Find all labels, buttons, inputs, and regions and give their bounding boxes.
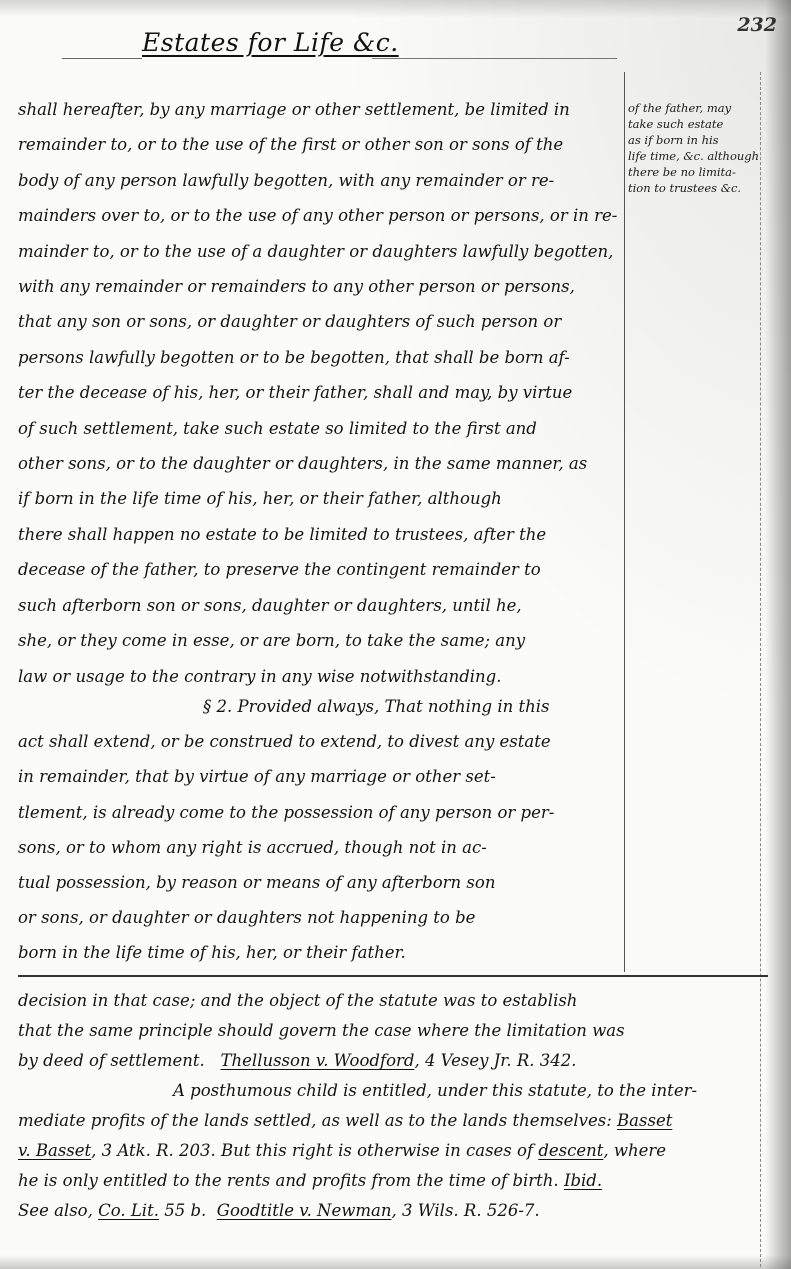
title-rule-right [372, 58, 617, 59]
text-line: persons lawfully begotten or to be begot… [18, 340, 618, 375]
page-bottom-shadow [0, 1255, 791, 1269]
margin-note-line: of the father, may [628, 100, 753, 116]
margin-note-line: take such estate [628, 116, 753, 132]
page-top-shadow [0, 0, 791, 18]
text-line: act shall extend, or be construed to ext… [18, 724, 618, 759]
title-rule-left [62, 58, 142, 59]
text-line: decision in that case; and the object of… [18, 986, 758, 1016]
paragraph-start-line: A posthumous child is entitled, under th… [18, 1076, 758, 1106]
footnote-divider [18, 975, 768, 977]
text-line: tlement, is already come to the possessi… [18, 795, 618, 830]
text-line: in remainder, that by virtue of any marr… [18, 759, 618, 794]
section-heading-line: § 2. Provided always, That nothing in th… [18, 689, 618, 724]
case-citation: v. Basset [18, 1141, 91, 1160]
text-fragment: he is only entitled to the rents and pro… [18, 1171, 559, 1190]
text-line: remainder to, or to the use of the first… [18, 127, 618, 162]
text-line: he is only entitled to the rents and pro… [18, 1166, 758, 1196]
text-line: ter the decease of his, her, or their fa… [18, 375, 618, 410]
margin-note: of the father, may take such estate as i… [628, 100, 753, 196]
reference: Co. Lit. [98, 1201, 159, 1220]
text-line: with any remainder or remainders to any … [18, 269, 618, 304]
text-fragment: , 3 Wils. R. 526-7. [392, 1201, 540, 1220]
text-line: mainder to, or to the use of a daughter … [18, 234, 618, 269]
text-line: other sons, or to the daughter or daught… [18, 446, 618, 481]
section-1-text: shall hereafter, by any marriage or othe… [18, 92, 618, 694]
margin-note-line: tion to trustees &c. [628, 180, 753, 196]
text-line: See also, Co. Lit. 55 b. Goodtitle v. Ne… [18, 1196, 758, 1226]
text-line: if born in the life time of his, her, or… [18, 481, 618, 516]
section-2-text: § 2. Provided always, That nothing in th… [18, 689, 618, 971]
text-line: that any son or sons, or daughter or dau… [18, 304, 618, 339]
text-line: tual possession, by reason or means of a… [18, 865, 618, 900]
text-line: she, or they come in esse, or are born, … [18, 623, 618, 658]
page-number: 232 [737, 14, 777, 36]
page-right-edge-shadow [765, 0, 791, 1269]
text-line: born in the life time of his, her, or th… [18, 935, 618, 970]
text-fragment: by deed of settlement. [18, 1051, 205, 1070]
case-citation: Thellusson v. Woodford [221, 1051, 415, 1070]
text-fragment: 55 b. [159, 1201, 206, 1220]
margin-note-line: life time, &c. although [628, 148, 753, 164]
margin-note-line: there be no limita- [628, 164, 753, 180]
case-citation: Goodtitle v. Newman [217, 1201, 392, 1220]
text-fragment: , 3 Atk. R. 203. But this right is other… [91, 1141, 533, 1160]
text-line: by deed of settlement. Thellusson v. Woo… [18, 1046, 758, 1076]
margin-note-line: as if born in his [628, 132, 753, 148]
page-title: Estates for Life &c. [142, 28, 399, 57]
text-line: mediate profits of the lands settled, as… [18, 1106, 758, 1136]
text-line: sons, or to whom any right is accrued, t… [18, 830, 618, 865]
text-fragment: , 4 Vesey Jr. R. 342. [414, 1051, 576, 1070]
text-line: body of any person lawfully begotten, wi… [18, 163, 618, 198]
manuscript-page: 232 Estates for Life &c. of the father, … [0, 0, 791, 1269]
text-fragment: mediate profits of the lands settled, as… [18, 1111, 612, 1130]
footnote-text: decision in that case; and the object of… [18, 986, 758, 1226]
margin-rule [624, 72, 625, 972]
reference: Ibid. [564, 1171, 602, 1190]
text-line: of such settlement, take such estate so … [18, 411, 618, 446]
text-line: shall hereafter, by any marriage or othe… [18, 92, 618, 127]
text-line: mainders over to, or to the use of any o… [18, 198, 618, 233]
text-line: decease of the father, to preserve the c… [18, 552, 618, 587]
text-line: that the same principle should govern th… [18, 1016, 758, 1046]
emphasized-term: descent [538, 1141, 603, 1160]
text-fragment: See also, [18, 1201, 93, 1220]
case-citation: Basset [617, 1111, 672, 1130]
outer-margin-rule [760, 72, 761, 1269]
text-fragment: , where [603, 1141, 666, 1160]
text-line: such afterborn son or sons, daughter or … [18, 588, 618, 623]
text-line: v. Basset, 3 Atk. R. 203. But this right… [18, 1136, 758, 1166]
text-line: there shall happen no estate to be limit… [18, 517, 618, 552]
text-line: or sons, or daughter or daughters not ha… [18, 900, 618, 935]
